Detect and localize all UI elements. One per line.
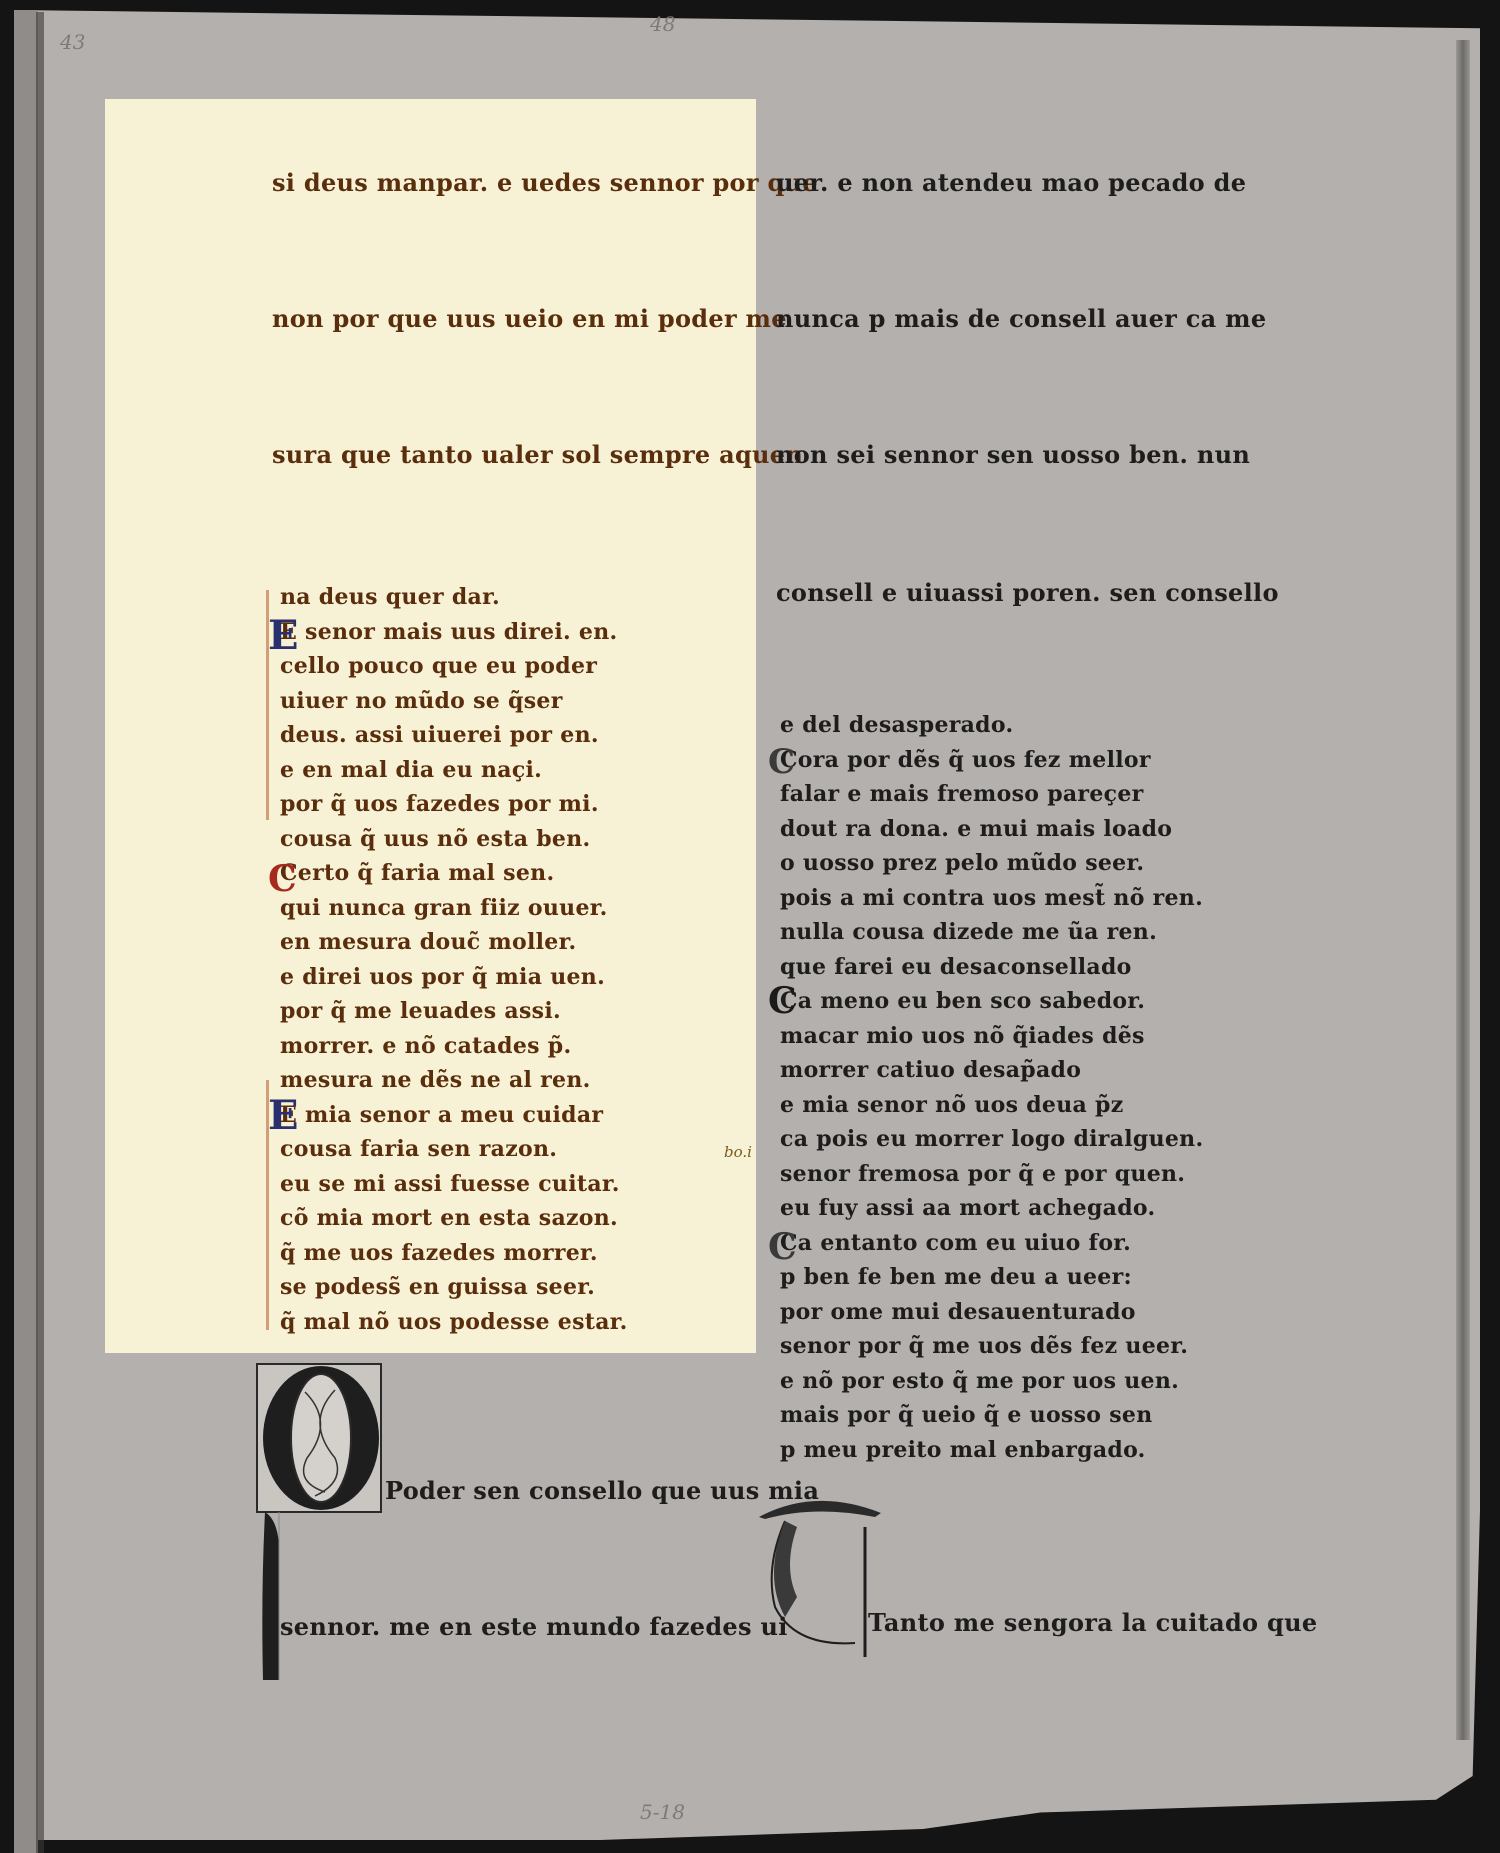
verse-line: e en mal dia eu naçi. (280, 757, 542, 783)
verse-line: Cora por dẽs q̃ uos fez mellor (780, 747, 1151, 773)
book-gutter (14, 10, 38, 1853)
initial-c-icon: C (768, 1226, 797, 1268)
verse-line: e mia senor nõ uos deua p̃z (780, 1092, 1124, 1118)
gutter-shadow (36, 12, 44, 1853)
folio-number-top: 48 (650, 12, 675, 36)
verse-line: morrer catiuo desap̃ado (780, 1057, 1081, 1083)
verse-line: que farei eu desaconsellado (780, 954, 1132, 980)
verse-line: p ben fe ben me deu a ueer: (780, 1264, 1132, 1290)
verse-line: q̃ me uos fazedes morrer. (280, 1240, 598, 1266)
right-wide-line: non sei sennor sen uosso ben. nun (776, 440, 1250, 469)
verse-line: por q̃ uos fazedes por mi. (280, 791, 599, 817)
verse-line: se podess̃ en guissa seer. (280, 1274, 595, 1300)
page-edges (1456, 40, 1470, 1740)
verse-line: falar e mais fremoso pareçer (780, 781, 1144, 807)
verse-line: cousa q̃ uus nõ esta ben. (280, 826, 590, 852)
left-lower-line: sennor. me en este mundo fazedes ui (280, 1612, 788, 1641)
verse-line: cello pouco que eu poder (280, 653, 597, 679)
verse-line: macar mio uos nõ q̃iades dẽs (780, 1023, 1145, 1049)
verse-line: Ca meno eu ben sco sabedor. (780, 988, 1145, 1014)
verse-line: pois a mi contra uos mest̃ nõ ren. (780, 885, 1203, 911)
margin-note: bo.i (724, 1143, 752, 1161)
right-wide-line: uer. e non atendeu mao pecado de (776, 168, 1246, 197)
right-wide-line: nunca p mais de consell auer ca me (776, 304, 1266, 333)
verse-line: Ca entanto com eu uiuo for. (780, 1230, 1131, 1256)
verse-line: qui nunca gran fiiz ouuer. (280, 895, 608, 921)
verse-line: senor fremosa por q̃ e por quen. (780, 1161, 1185, 1187)
verse-line: e nõ por esto q̃ me por uos uen. (780, 1368, 1179, 1394)
verse-line: deus. assi uiuerei por en. (280, 722, 599, 748)
verse-line: senor por q̃ me uos dẽs fez ueer. (780, 1333, 1188, 1359)
verse-line: mais por q̃ ueio q̃ e uosso sen (780, 1402, 1153, 1428)
verse-line: eu fuy assi aa mort achegado. (780, 1195, 1155, 1221)
initial-c-red-icon: C (268, 858, 297, 900)
initial-e-blue-icon: E (268, 612, 299, 659)
folio-number-bottom: 5-18 (640, 1800, 685, 1824)
verse-line: por q̃ me leuades assi. (280, 998, 561, 1024)
verse-line: cõ mia mort en esta sazon. (280, 1205, 618, 1231)
verse-line: por ome mui desauenturado (780, 1299, 1136, 1325)
right-lower-line: Tanto me sengora la cuitado que (868, 1608, 1317, 1637)
verse-line: q̃ mal nõ uos podesse estar. (280, 1309, 628, 1335)
initial-c-icon: C (768, 980, 797, 1022)
left-wide-line: sura que tanto ualer sol sempre aquen (272, 440, 803, 469)
verse-line: dout ra dona. e mui mais loado (780, 816, 1172, 842)
verse-line: ca pois eu morrer logo diralguen. (780, 1126, 1203, 1152)
verse-line: mesura ne dẽs ne al ren. (280, 1067, 591, 1093)
left-wide-line: si deus manpar. e uedes sennor por que (272, 168, 818, 197)
verse-line: na deus quer dar. (280, 584, 500, 610)
verse-line: E senor mais uus direi. en. (280, 619, 617, 645)
verse-line: eu se mi assi fuesse cuitar. (280, 1171, 620, 1197)
verse-line: e direi uos por q̃ mia uen. (280, 964, 605, 990)
verse-line: cousa faria sen razon. (280, 1136, 557, 1162)
verse-line: o uosso prez pelo mũdo seer. (780, 850, 1144, 876)
verse-line: nulla cousa dizede me ũa ren. (780, 919, 1157, 945)
folio-number-left: 43 (60, 30, 85, 54)
verse-line: E mia senor a meu cuidar (280, 1102, 603, 1128)
right-wide-line: consell e uiuassi poren. sen consello (776, 578, 1279, 607)
left-wide-line: non por que uus ueio en mi poder me (272, 304, 787, 333)
flourish-stem (266, 590, 269, 820)
verse-line: en mesura douc̃ moller. (280, 929, 576, 955)
initial-c-icon: C (768, 742, 795, 782)
initial-e-blue-icon: E (268, 1092, 299, 1139)
illuminated-initial-t-icon (755, 1487, 885, 1657)
verse-line: uiuer no mũdo se q̃ser (280, 688, 563, 714)
verse-line: Certo q̃ faria mal sen. (280, 860, 554, 886)
verse-line: p meu preito mal enbargado. (780, 1437, 1146, 1463)
verse-line: morrer. e nõ catades p̃. (280, 1033, 571, 1059)
verse-line: e del desasperado. (780, 712, 1013, 738)
flourish-stem (266, 1080, 269, 1330)
